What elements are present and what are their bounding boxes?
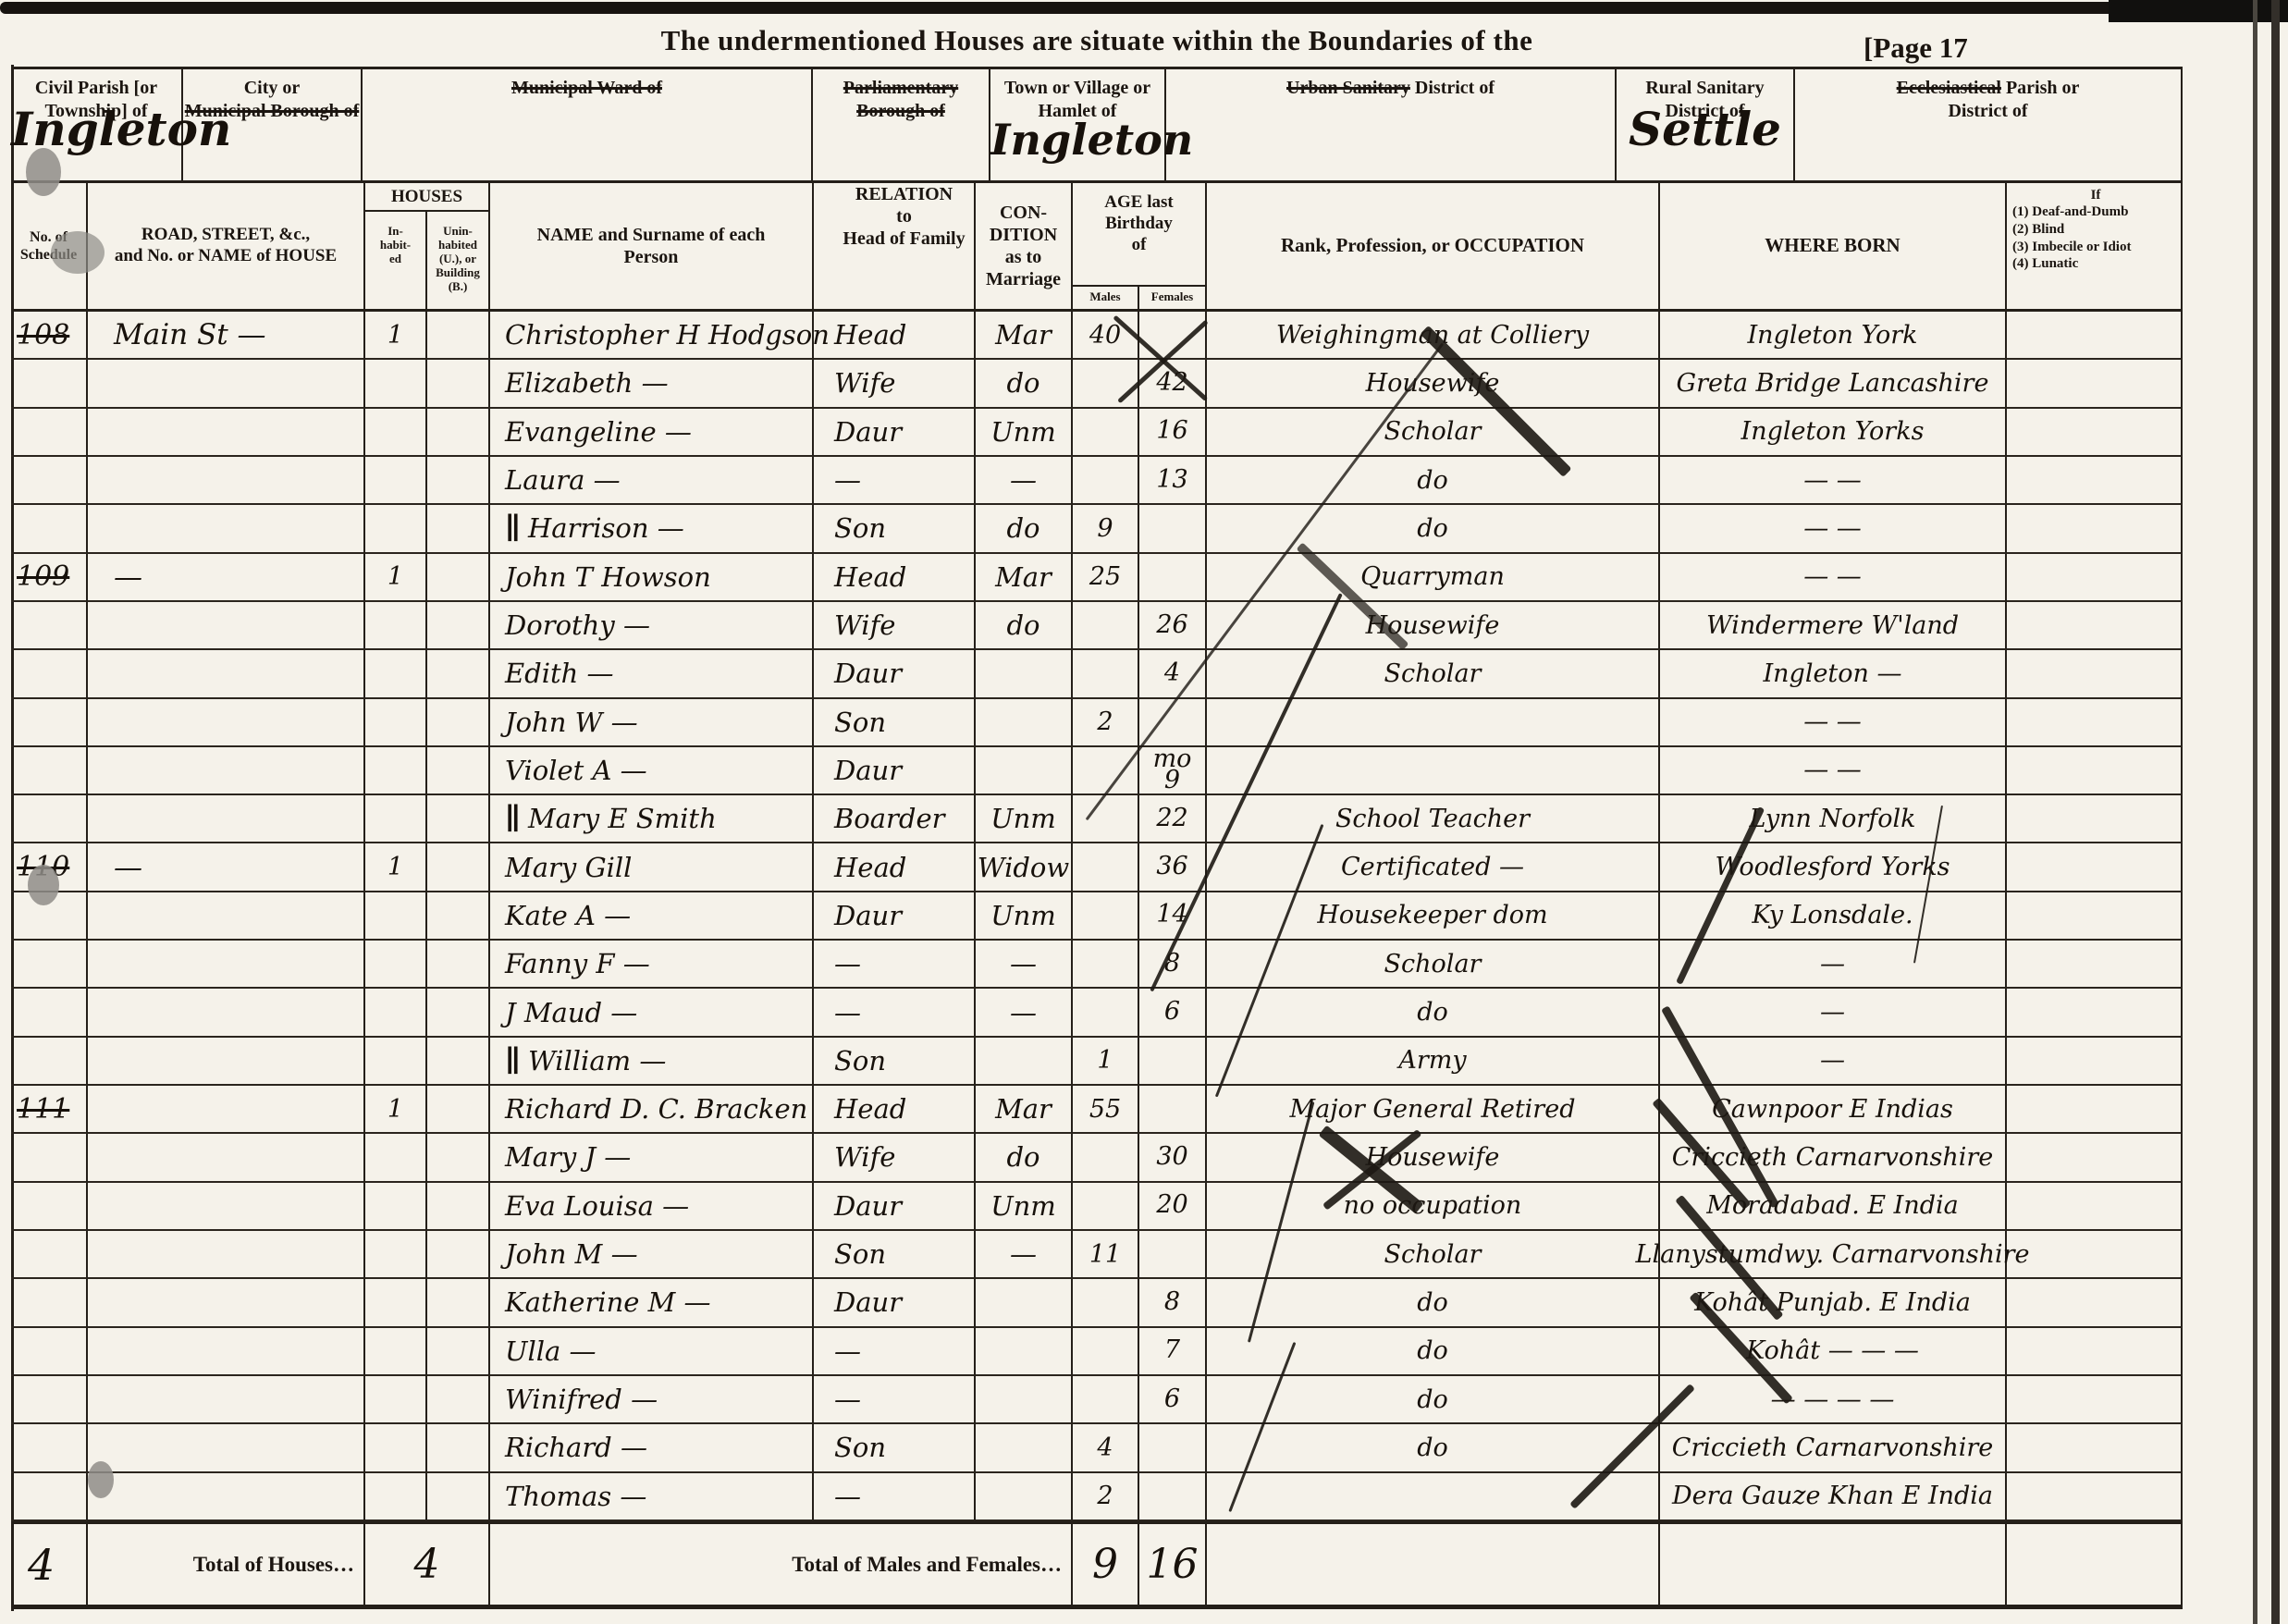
cell-inhabited [365, 795, 427, 843]
cell-infirmity [2007, 360, 2183, 408]
cell-where-born: Dera Gauze Khan E India [1660, 1473, 2007, 1521]
cell-occupation: Housekeeper dom [1207, 892, 1660, 941]
table-row: Violet A — Daur mo 9 — — [11, 747, 2183, 795]
col-houses-label: HOUSES [365, 183, 488, 212]
table-row: Edith — Daur 4 Scholar Ingleton — [11, 650, 2183, 698]
cell-age-male [1073, 989, 1139, 1037]
table-row: John M — Son — 11 Scholar Llanystumdwy. … [11, 1231, 2183, 1279]
cell-where-born: — — [1660, 699, 2007, 747]
cell-schedule [11, 457, 88, 505]
cell-uninhabited [427, 1279, 490, 1327]
cell-uninhabited [427, 1424, 490, 1472]
cell-name: ∥Harrison — [490, 505, 814, 553]
cell-name: John M — [490, 1231, 814, 1279]
cell-condition: Unm [976, 409, 1073, 457]
cell-age-male: 1 [1073, 1038, 1139, 1086]
cell-age-male [1073, 941, 1139, 989]
col-name: NAME and Surname of each Person [490, 183, 814, 312]
geo-parliamentary-borough: Parliamentary Borough of [813, 69, 990, 183]
totals-occupation-cell [1207, 1524, 1660, 1605]
col-age-males: Males [1073, 287, 1139, 309]
col-relation: RELATION to Head of Family [814, 183, 976, 312]
table-row: Fanny F — — — 8 Scholar — [11, 941, 2183, 989]
cell-inhabited [365, 1231, 427, 1279]
cell-name: Richard D. C. Bracken [490, 1086, 814, 1134]
census-scan-page: The undermentioned Houses are situate wi… [0, 0, 2288, 1624]
totals-born-cell [1660, 1524, 2007, 1605]
cell-relation: Daur [814, 409, 976, 457]
cell-inhabited [365, 989, 427, 1037]
cell-name: J Maud — [490, 989, 814, 1037]
cell-inhabited: 1 [365, 312, 427, 360]
cell-infirmity [2007, 409, 2183, 457]
cell-age-male [1073, 1328, 1139, 1376]
cell-road [88, 989, 365, 1037]
cell-occupation: School Teacher [1207, 795, 1660, 843]
cell-uninhabited [427, 843, 490, 892]
table-row: 111 1 Richard D. C. Bracken Head Mar 55 … [11, 1086, 2183, 1134]
cell-name: Elizabeth — [490, 360, 814, 408]
cell-relation: Head [814, 554, 976, 602]
cell-where-born: Criccieth Carnarvonshire [1660, 1424, 2007, 1472]
cell-age-male [1073, 747, 1139, 795]
cell-where-born: — — — — [1660, 1376, 2007, 1424]
page-number: [Page 17 [1864, 31, 1968, 65]
cell-occupation [1207, 747, 1660, 795]
cell-name: John T Howson [490, 554, 814, 602]
cell-condition [976, 747, 1073, 795]
cell-infirmity [2007, 747, 2183, 795]
cell-where-born: Ingleton Yorks [1660, 409, 2007, 457]
cell-inhabited [365, 360, 427, 408]
cell-infirmity [2007, 650, 2183, 698]
cell-inhabited [365, 1376, 427, 1424]
cell-uninhabited [427, 1376, 490, 1424]
cell-where-born: Windermere W'land [1660, 602, 2007, 650]
cell-age-female: 7 [1139, 1328, 1207, 1376]
town-village-value: Ingleton [990, 114, 1164, 167]
cell-age-male: 2 [1073, 1473, 1139, 1521]
cell-age-female: 6 [1139, 989, 1207, 1037]
cell-road [88, 1183, 365, 1231]
total-houses-label: Total of Houses… [88, 1524, 365, 1605]
cell-uninhabited [427, 699, 490, 747]
table-row: Kate A — Daur Unm 14 Housekeeper dom Ky … [11, 892, 2183, 941]
scan-top-corner [2109, 0, 2288, 22]
cell-occupation: Certificated — [1207, 843, 1660, 892]
cell-uninhabited [427, 312, 490, 360]
cell-road [88, 1376, 365, 1424]
cell-condition: Mar [976, 554, 1073, 602]
cell-condition [976, 1473, 1073, 1521]
cell-road [88, 1231, 365, 1279]
cell-uninhabited [427, 505, 490, 553]
table-row: Laura — — — 13 do — — [11, 457, 2183, 505]
cell-schedule [11, 1279, 88, 1327]
table-row: Mary J — Wife do 30 Housewife Criccieth … [11, 1134, 2183, 1182]
cell-occupation: do [1207, 1376, 1660, 1424]
cell-age-male: 40 [1073, 312, 1139, 360]
cell-uninhabited [427, 650, 490, 698]
col-inhabited: In- habit- ed [365, 212, 427, 309]
cell-uninhabited [427, 747, 490, 795]
table-row: Elizabeth — Wife do 42 Housewife Greta B… [11, 360, 2183, 408]
table-row: Winifred — — 6 do — — — — [11, 1376, 2183, 1424]
col-age: AGE last Birthday of Males Females [1073, 183, 1207, 312]
geo-municipal-ward: Municipal Ward of [363, 69, 813, 183]
cell-relation: Son [814, 505, 976, 553]
cell-condition: do [976, 505, 1073, 553]
cell-name: Fanny F — [490, 941, 814, 989]
table-row: Richard — Son 4 do Criccieth Carnarvonsh… [11, 1424, 2183, 1472]
cell-schedule [11, 1328, 88, 1376]
total-males-value: 9 [1073, 1524, 1139, 1605]
cell-infirmity [2007, 699, 2183, 747]
cell-where-born: — [1660, 989, 2007, 1037]
cell-age-male [1073, 1183, 1139, 1231]
cell-age-female: 8 [1139, 1279, 1207, 1327]
cell-occupation: Housewife [1207, 602, 1660, 650]
cell-schedule [11, 1038, 88, 1086]
cell-relation: Son [814, 1424, 976, 1472]
cell-inhabited [365, 1279, 427, 1327]
cell-where-born: Kohât — — — [1660, 1328, 2007, 1376]
cell-name: Ulla — [490, 1328, 814, 1376]
cell-infirmity [2007, 941, 2183, 989]
cell-schedule [11, 505, 88, 553]
cell-road [88, 1134, 365, 1182]
cell-name: Edith — [490, 650, 814, 698]
cell-inhabited [365, 409, 427, 457]
cell-age-female [1139, 1038, 1207, 1086]
cell-name: Richard — [490, 1424, 814, 1472]
table-row: John W — Son 2 — — [11, 699, 2183, 747]
cell-name: Winifred — [490, 1376, 814, 1424]
cell-road [88, 892, 365, 941]
cell-road: Main St — [88, 312, 365, 360]
cell-age-female [1139, 1424, 1207, 1472]
cell-condition: do [976, 360, 1073, 408]
cell-infirmity [2007, 1473, 2183, 1521]
cell-occupation: do [1207, 1328, 1660, 1376]
table-row: Evangeline — Daur Unm 16 Scholar Ingleto… [11, 409, 2183, 457]
cell-name: Eva Louisa — [490, 1183, 814, 1231]
total-females-value: 16 [1139, 1524, 1207, 1605]
geo-ecclesiastical: Ecclesiastical Parish or District of [1795, 69, 2183, 183]
cell-schedule [11, 1376, 88, 1424]
table-row: ∥William — Son 1 Army — [11, 1038, 2183, 1086]
table-row: Eva Louisa — Daur Unm 20 no occupation M… [11, 1183, 2183, 1231]
cell-relation: Daur [814, 1279, 976, 1327]
cell-road [88, 360, 365, 408]
cell-schedule [11, 602, 88, 650]
cell-name: Violet A — [490, 747, 814, 795]
scan-blemish [51, 231, 105, 274]
cell-schedule [11, 1424, 88, 1472]
cell-infirmity [2007, 843, 2183, 892]
cell-road [88, 699, 365, 747]
cell-schedule [11, 1473, 88, 1521]
cell-where-born: Woodlesford Yorks [1660, 843, 2007, 892]
cell-uninhabited [427, 1038, 490, 1086]
cell-uninhabited [427, 892, 490, 941]
cell-name: Evangeline — [490, 409, 814, 457]
cell-inhabited [365, 650, 427, 698]
cell-schedule: 109 [11, 554, 88, 602]
cell-age-male [1073, 409, 1139, 457]
cell-condition: — [976, 941, 1073, 989]
cell-inhabited [365, 941, 427, 989]
cell-age-male [1073, 457, 1139, 505]
cell-road [88, 457, 365, 505]
cell-age-male [1073, 360, 1139, 408]
geo-urban-sanitary: Urban Sanitary District of [1166, 69, 1617, 183]
cell-relation: Wife [814, 1134, 976, 1182]
cell-uninhabited [427, 1473, 490, 1521]
cell-inhabited [365, 1183, 427, 1231]
cell-infirmity [2007, 1279, 2183, 1327]
cell-condition [976, 1279, 1073, 1327]
cell-condition [976, 699, 1073, 747]
cell-where-born: Ingleton — [1660, 650, 2007, 698]
scan-right-edge [2271, 0, 2280, 1624]
cell-uninhabited [427, 1231, 490, 1279]
rural-sanitary-value: Settle [1617, 101, 1793, 159]
cell-inhabited: 1 [365, 554, 427, 602]
cell-schedule [11, 1231, 88, 1279]
cell-road [88, 1086, 365, 1134]
table-row: Dorothy — Wife do 26 Housewife Windermer… [11, 602, 2183, 650]
cell-age-male [1073, 602, 1139, 650]
cell-infirmity [2007, 1183, 2183, 1231]
col-uninhabited: Unin- habited (U.), or Building (B.) [427, 212, 488, 309]
cell-relation: Head [814, 843, 976, 892]
cell-inhabited [365, 1328, 427, 1376]
scan-blemish [88, 1461, 114, 1498]
cell-occupation: Housewife [1207, 1134, 1660, 1182]
cell-name: Christopher H Hodgson [490, 312, 814, 360]
cell-road [88, 1279, 365, 1327]
cell-condition: Widow [976, 843, 1073, 892]
col-age-label: AGE last Birthday of [1073, 183, 1205, 285]
cell-age-female: 13 [1139, 457, 1207, 505]
cell-where-born: — — [1660, 457, 2007, 505]
cell-age-male: 25 [1073, 554, 1139, 602]
page-title: The undermentioned Houses are situate wi… [11, 24, 2183, 57]
cell-condition [976, 1328, 1073, 1376]
cell-name: Laura — [490, 457, 814, 505]
cell-condition: Mar [976, 312, 1073, 360]
cell-occupation: do [1207, 1279, 1660, 1327]
cell-inhabited [365, 1473, 427, 1521]
cell-name: Dorothy — [490, 602, 814, 650]
cell-name: ∥William — [490, 1038, 814, 1086]
cell-inhabited [365, 747, 427, 795]
table-body: 108 Main St — 1 Christopher H Hodgson He… [11, 312, 2183, 1521]
cell-uninhabited [427, 457, 490, 505]
cell-infirmity [2007, 1231, 2183, 1279]
cell-road [88, 747, 365, 795]
cell-age-female: 6 [1139, 1376, 1207, 1424]
cell-condition [976, 1424, 1073, 1472]
cell-infirmity [2007, 554, 2183, 602]
cell-name: Katherine M — [490, 1279, 814, 1327]
cell-occupation: do [1207, 457, 1660, 505]
cell-relation: Daur [814, 892, 976, 941]
cell-condition: — [976, 457, 1073, 505]
cell-inhabited: 1 [365, 1086, 427, 1134]
cell-relation: Boarder [814, 795, 976, 843]
cell-occupation: Quarryman [1207, 554, 1660, 602]
cell-schedule: 108 [11, 312, 88, 360]
cell-infirmity [2007, 1038, 2183, 1086]
cell-condition: Mar [976, 1086, 1073, 1134]
cell-age-female: 16 [1139, 409, 1207, 457]
cell-uninhabited [427, 360, 490, 408]
cell-where-born: Moradabad. E India [1660, 1183, 2007, 1231]
geo-town-village: Town or Village or Hamlet of Ingleton [990, 69, 1166, 183]
cell-road [88, 1038, 365, 1086]
table-row: 110 — 1 Mary Gill Head Widow 36 Certific… [11, 843, 2183, 892]
cell-occupation: do [1207, 505, 1660, 553]
cell-occupation: Scholar [1207, 650, 1660, 698]
cell-schedule [11, 795, 88, 843]
cell-uninhabited [427, 795, 490, 843]
cell-inhabited [365, 1038, 427, 1086]
cell-schedule [11, 747, 88, 795]
cell-uninhabited [427, 1134, 490, 1182]
col-condition: CON- DITION as to Marriage [976, 183, 1073, 312]
cell-infirmity [2007, 1376, 2183, 1424]
cell-age-male [1073, 892, 1139, 941]
cell-uninhabited [427, 554, 490, 602]
cell-age-female: 30 [1139, 1134, 1207, 1182]
cell-condition: do [976, 602, 1073, 650]
cell-inhabited [365, 892, 427, 941]
cell-uninhabited [427, 1183, 490, 1231]
cell-occupation: Major General Retired [1207, 1086, 1660, 1134]
scan-blemish [28, 865, 59, 905]
cell-name: Mary Gill [490, 843, 814, 892]
cell-schedule [11, 409, 88, 457]
cell-condition [976, 650, 1073, 698]
cell-inhabited [365, 1424, 427, 1472]
total-houses-value: 4 [365, 1524, 490, 1605]
cell-uninhabited [427, 941, 490, 989]
cell-condition [976, 1038, 1073, 1086]
cell-relation: Wife [814, 360, 976, 408]
column-headers: No. of Schedule ROAD, STREET, &c., and N… [11, 183, 2183, 312]
cell-age-female [1139, 1473, 1207, 1521]
scan-right-edge [2253, 0, 2257, 1624]
cell-age-male: 9 [1073, 505, 1139, 553]
household-end-mark: ∥ [505, 511, 521, 546]
cell-age-female: 20 [1139, 1183, 1207, 1231]
cell-name: Thomas — [490, 1473, 814, 1521]
cell-schedule [11, 1134, 88, 1182]
cell-where-born: Ingleton York [1660, 312, 2007, 360]
cell-inhabited [365, 602, 427, 650]
cell-infirmity [2007, 505, 2183, 553]
household-end-mark: ∥ [505, 1043, 521, 1078]
cell-age-female [1139, 1086, 1207, 1134]
cell-road [88, 602, 365, 650]
cell-road: — [88, 843, 365, 892]
cell-name: Kate A — [490, 892, 814, 941]
cell-infirmity [2007, 1424, 2183, 1472]
cell-age-female [1139, 554, 1207, 602]
cell-road [88, 1424, 365, 1472]
cell-age-female: 26 [1139, 602, 1207, 650]
cell-relation: — [814, 989, 976, 1037]
col-age-females: Females [1139, 287, 1205, 309]
table-row: 109 — 1 John T Howson Head Mar 25 Quarry… [11, 554, 2183, 602]
cell-age-female [1139, 1231, 1207, 1279]
table-row: Katherine M — Daur 8 do Kohât Punjab. E … [11, 1279, 2183, 1327]
cell-condition: — [976, 1231, 1073, 1279]
cell-relation: Head [814, 1086, 976, 1134]
cell-uninhabited [427, 1328, 490, 1376]
cell-relation: Wife [814, 602, 976, 650]
cell-inhabited [365, 699, 427, 747]
cell-road: — [88, 554, 365, 602]
cell-infirmity [2007, 892, 2183, 941]
cell-road [88, 795, 365, 843]
cell-age-male: 4 [1073, 1424, 1139, 1472]
cell-road [88, 1328, 365, 1376]
cell-road [88, 505, 365, 553]
col-infirmity: If (1) Deaf-and-Dumb (2) Blind (3) Imbec… [2007, 183, 2183, 312]
cell-condition: Unm [976, 1183, 1073, 1231]
cell-relation: Daur [814, 1183, 976, 1231]
cell-schedule [11, 360, 88, 408]
cell-infirmity [2007, 457, 2183, 505]
cell-inhabited [365, 1134, 427, 1182]
cell-occupation: do [1207, 1424, 1660, 1472]
cell-schedule [11, 989, 88, 1037]
col-occupation: Rank, Profession, or OCCUPATION [1207, 183, 1660, 312]
cell-uninhabited [427, 1086, 490, 1134]
cell-age-male: 55 [1073, 1086, 1139, 1134]
cell-where-born: Lynn Norfolk [1660, 795, 2007, 843]
cell-schedule: 111 [11, 1086, 88, 1134]
cell-occupation: Army [1207, 1038, 1660, 1086]
cell-name: ∥Mary E Smith [490, 795, 814, 843]
cell-infirmity [2007, 602, 2183, 650]
cell-age-male [1073, 1134, 1139, 1182]
cell-age-male: 11 [1073, 1231, 1139, 1279]
cell-relation: Daur [814, 747, 976, 795]
totals-schedule-note: 4 [11, 1524, 88, 1605]
col-houses: HOUSES In- habit- ed Unin- habited (U.),… [365, 183, 490, 312]
cell-infirmity [2007, 1086, 2183, 1134]
cell-condition: Unm [976, 892, 1073, 941]
geo-header: Civil Parish [or Township] of Ingleton C… [11, 67, 2183, 183]
cell-inhabited [365, 457, 427, 505]
cell-age-female: 22 [1139, 795, 1207, 843]
cell-road [88, 941, 365, 989]
table-row: J Maud — — — 6 do — [11, 989, 2183, 1037]
cell-name: John W — [490, 699, 814, 747]
table-row: Thomas — — 2 Dera Gauze Khan E India [11, 1473, 2183, 1521]
cell-relation: — [814, 1328, 976, 1376]
cell-infirmity [2007, 795, 2183, 843]
cell-condition: — [976, 989, 1073, 1037]
table-row: Ulla — — 7 do Kohât — — — [11, 1328, 2183, 1376]
cell-age-male [1073, 650, 1139, 698]
totals-row: 4 Total of Houses… 4 Total of Males and … [11, 1521, 2183, 1609]
cell-occupation: no occupation [1207, 1183, 1660, 1231]
